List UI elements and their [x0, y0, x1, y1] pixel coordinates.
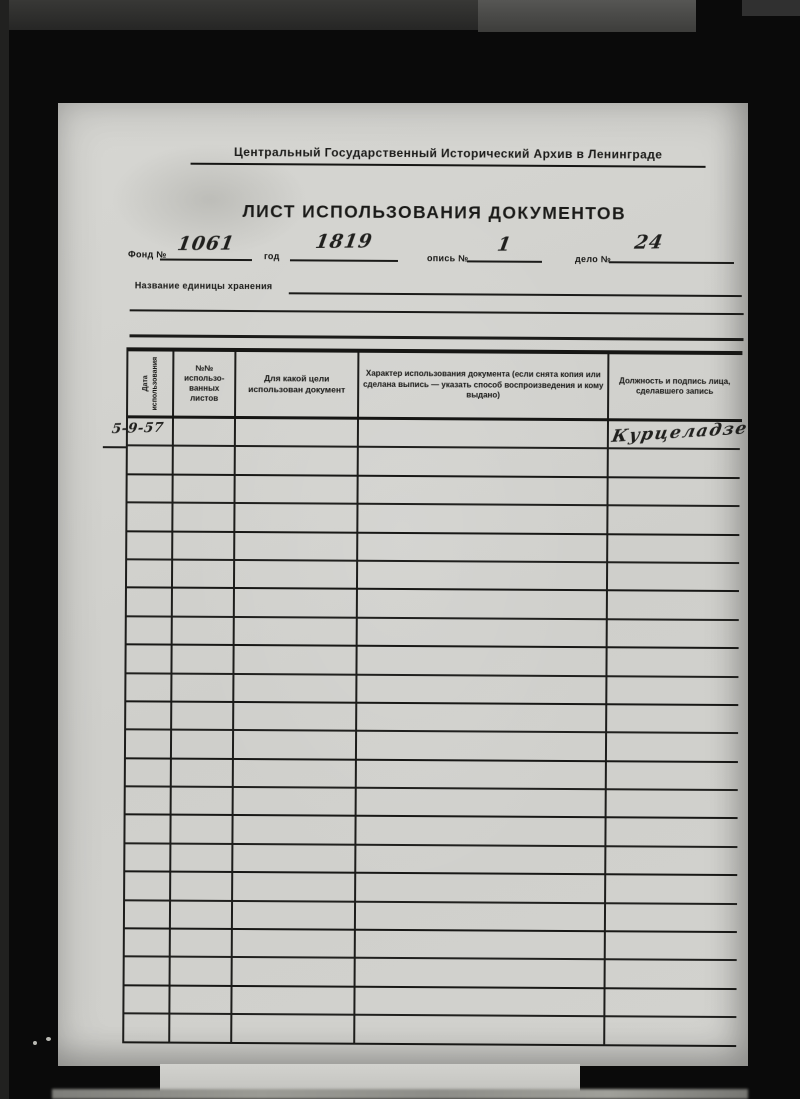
cell-signature: [606, 875, 737, 904]
usage-table-body: 5-9-57 Курцеладзе: [124, 418, 742, 1046]
header-sheets: №№ использо­ванных листов: [174, 352, 236, 416]
cell-character: [356, 902, 606, 932]
cell-purpose: [235, 504, 358, 533]
cell-date: [127, 503, 173, 532]
cell-signature: [608, 620, 739, 649]
table-row: 5-9-57 Курцеладзе: [128, 418, 742, 450]
scanner-bed-band-light: [478, 0, 696, 32]
table-row: [125, 816, 739, 848]
scanned-page: Центральный Государственный Исторический…: [0, 0, 800, 1099]
cell-purpose: [234, 646, 357, 675]
header-date: Дата использования: [128, 351, 174, 415]
cell-signature: [605, 989, 736, 1018]
cell-character: [357, 789, 607, 819]
bottom-shelf-blur: [52, 1089, 748, 1099]
cell-sheets: [173, 532, 235, 561]
cell-sheets: [173, 617, 235, 646]
cell-character: [356, 846, 606, 876]
dust-speck: [33, 1041, 37, 1045]
cell-date: [125, 901, 171, 930]
cell-date: [127, 475, 173, 504]
cell-purpose: [235, 589, 358, 618]
cell-signature: [606, 847, 737, 876]
table-row: [127, 589, 741, 621]
cell-signature: [608, 506, 739, 535]
cell-purpose: [235, 476, 358, 505]
blank-rule-2: [130, 309, 744, 315]
cell-character: [357, 760, 607, 790]
cell-character: [355, 988, 605, 1018]
cell-sheets: [173, 475, 235, 504]
cell-date: [128, 447, 174, 476]
table-row: [126, 731, 740, 763]
cell-purpose: [233, 902, 356, 931]
cell-sheets: [172, 731, 234, 760]
cell-signature: Курцеладзе: [609, 421, 740, 450]
cell-character: [358, 562, 608, 592]
cell-date: [125, 844, 171, 873]
table-row: [126, 674, 740, 706]
table-row: [126, 702, 740, 734]
cell-date: 5-9-57: [128, 418, 174, 447]
blank-rule-3: [130, 334, 744, 341]
cell-sheets: [171, 930, 233, 959]
cell-character: [357, 704, 607, 734]
cell-signature: [606, 932, 737, 961]
scanner-bed-band: [0, 0, 480, 30]
cell-date: [126, 787, 172, 816]
cell-purpose: [234, 760, 357, 789]
cell-sheets: [173, 589, 235, 618]
cell-character: [357, 647, 607, 677]
cell-sheets: [172, 759, 234, 788]
cell-character: [356, 874, 606, 904]
scanner-bed-band-corner: [742, 0, 800, 16]
header-character: Характер использования документа (если с…: [359, 353, 609, 419]
cell-signature: [608, 478, 739, 507]
archive-name-header: Центральный Государственный Исторический…: [191, 145, 706, 168]
cell-date: [127, 560, 173, 589]
cell-date: [127, 532, 173, 561]
cell-date: [126, 759, 172, 788]
cell-date: [125, 929, 171, 958]
table-row: [127, 503, 741, 535]
table-row: [126, 759, 740, 791]
cell-date: [126, 702, 172, 731]
usage-table: Дата использования №№ использо­ванных ли…: [122, 347, 742, 1046]
cell-sheets: [171, 873, 233, 902]
cell-signature: [607, 648, 738, 677]
cell-signature: [608, 535, 739, 564]
cell-character: [356, 959, 606, 989]
table-row: [127, 617, 741, 649]
header-date-label: Дата использования: [141, 354, 160, 412]
cell-signature: [608, 563, 739, 592]
table-row: [125, 929, 739, 961]
unit-name-rule: [289, 292, 742, 297]
table-row: [128, 447, 742, 479]
dust-speck: [46, 1037, 51, 1041]
delo-rule: [609, 261, 734, 264]
cell-signature: [607, 734, 738, 763]
cell-purpose: [233, 873, 356, 902]
cell-sheets: [172, 646, 234, 675]
year-value: 1819: [288, 230, 400, 253]
cell-sheets: [171, 901, 233, 930]
cell-character: [355, 1016, 605, 1046]
table-row: [126, 645, 740, 677]
cell-character: [358, 618, 608, 648]
header-signature: Должность и подпись лица, сделавшего зап…: [609, 354, 740, 419]
cell-sheets: [172, 674, 234, 703]
header-purpose: Для какой цели использован документ: [236, 352, 359, 417]
cell-signature: [605, 1017, 736, 1046]
cell-sheets: [174, 419, 236, 448]
cell-signature: [609, 450, 740, 479]
cell-character: [358, 533, 608, 563]
document-sheet: Центральный Государственный Исторический…: [58, 103, 748, 1066]
year-label: год: [264, 251, 280, 261]
cell-signature: [607, 762, 738, 791]
fond-value: 1061: [158, 232, 254, 255]
cell-sheets: [174, 447, 236, 476]
cell-signature: [606, 819, 737, 848]
table-row: [125, 958, 739, 990]
cell-date: [125, 816, 171, 845]
cell-sheets: [173, 561, 235, 590]
table-row: [127, 475, 741, 507]
cell-date: [127, 589, 173, 618]
cell-sheets: [170, 1015, 232, 1044]
fond-rule: [160, 259, 252, 262]
cell-character: [358, 477, 608, 507]
cell-date: [126, 674, 172, 703]
cell-purpose: [232, 987, 355, 1016]
cell-signature: [607, 790, 738, 819]
cell-purpose: [235, 618, 358, 647]
cell-purpose: [233, 958, 356, 987]
cell-sheets: [171, 958, 233, 987]
opis-label: опись №: [427, 253, 469, 263]
cell-character: [357, 675, 607, 705]
opis-rule: [467, 260, 542, 262]
cell-purpose: [233, 816, 356, 845]
cell-purpose: [235, 533, 358, 562]
cell-signature: [608, 592, 739, 621]
cell-purpose: [233, 845, 356, 874]
cell-date: [124, 1015, 170, 1044]
cell-signature: [607, 705, 738, 734]
table-row: [126, 787, 740, 819]
cell-signature: [606, 961, 737, 990]
document-title: ЛИСТ ИСПОЛЬЗОВАНИЯ ДОКУМЕНТОВ: [204, 201, 664, 225]
year-rule: [290, 259, 398, 262]
cell-date: [125, 873, 171, 902]
cell-date: [126, 645, 172, 674]
cell-purpose: [234, 788, 357, 817]
cell-date: [127, 617, 173, 646]
cell-character: [359, 420, 609, 450]
usage-table-header: Дата использования №№ использо­ванных ли…: [128, 351, 742, 422]
cell-purpose: [235, 561, 358, 590]
cell-signature: [606, 904, 737, 933]
cell-purpose: [234, 674, 357, 703]
cell-purpose: [236, 447, 359, 476]
table-row: [125, 844, 739, 876]
cell-sheets: [170, 986, 232, 1015]
cell-purpose: [234, 703, 357, 732]
cell-signature: [607, 677, 738, 706]
cell-character: [357, 732, 607, 762]
table-row: [127, 532, 741, 564]
cell-sheets: [171, 816, 233, 845]
table-row: [124, 1015, 738, 1047]
cell-character: [359, 448, 609, 478]
cell-character: [358, 505, 608, 535]
delo-label: дело №: [575, 254, 611, 264]
delo-value: 24: [607, 231, 691, 254]
cell-purpose: [234, 731, 357, 760]
cell-date: [126, 731, 172, 760]
cell-date: [125, 958, 171, 987]
cell-character: [356, 817, 606, 847]
cell-sheets: [173, 504, 235, 533]
cell-purpose: [236, 419, 359, 448]
table-row: [125, 873, 739, 905]
cell-character: [356, 931, 606, 961]
cell-purpose: [233, 930, 356, 959]
cell-sheets: [172, 788, 234, 817]
opis-value: 1: [465, 233, 544, 256]
next-sheet-edge: [160, 1064, 580, 1092]
cell-sheets: [172, 702, 234, 731]
table-row: [124, 986, 738, 1018]
row-line-overhang: [103, 446, 128, 448]
table-row: [127, 560, 741, 592]
unit-name-label: Название единицы хранения: [135, 280, 273, 291]
cell-sheets: [171, 844, 233, 873]
table-row: [125, 901, 739, 933]
cell-date: [124, 986, 170, 1015]
scanner-bed-edge: [0, 0, 9, 1099]
cell-character: [358, 590, 608, 620]
cell-purpose: [232, 1015, 355, 1044]
